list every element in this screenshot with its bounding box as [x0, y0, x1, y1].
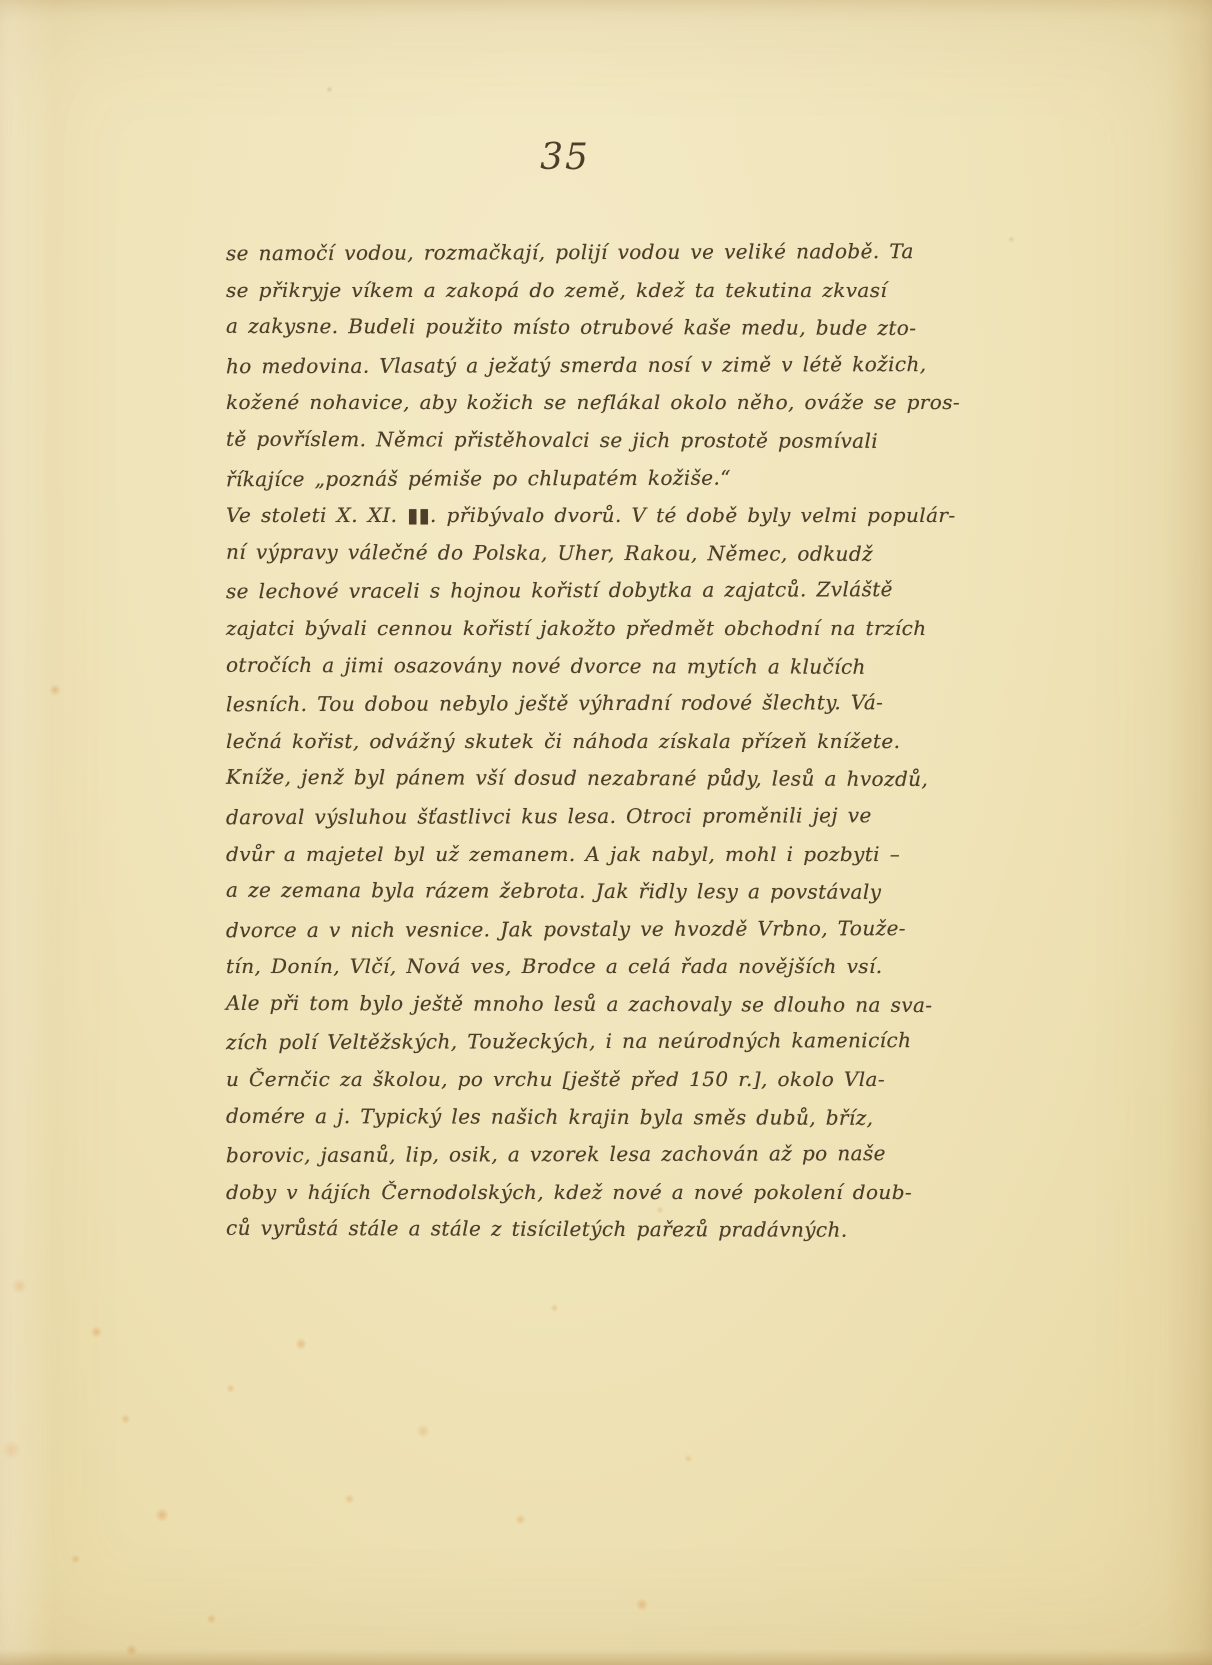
manuscript-line: se přikryje víkem a zakopá do země, kdež…: [226, 272, 996, 310]
page-number: 35: [500, 138, 630, 178]
manuscript-line: tín, Donín, Vlčí, Nová ves, Brodce a cel…: [226, 948, 996, 986]
manuscript-line: dvorce a v nich vesnice. Jak povstaly ve…: [226, 909, 996, 949]
manuscript-line: ců vyrůstá stále a stále z tisíciletých …: [226, 1210, 996, 1250]
manuscript-line: říkajíce „poznáš pémiše po chlupatém kož…: [226, 458, 996, 498]
manuscript-line: zích polí Veltěžských, Toužeckých, i na …: [226, 1022, 996, 1062]
manuscript-line: a ze zemana byla rázem žebrota. Jak řidl…: [226, 872, 996, 912]
manuscript-line: zajatci bývali cennou kořistí jakožto př…: [226, 610, 996, 648]
manuscript-line: se namočí vodou, rozmačkají, polijí vodo…: [226, 233, 996, 273]
manuscript-line: lečná kořist, odvážný skutek či náhoda z…: [226, 723, 996, 761]
manuscript-line: domére a j. Typický les našich krajin by…: [226, 1097, 996, 1137]
manuscript-line: otročích a jimi osazovány nové dvorce na…: [226, 646, 996, 686]
manuscript-line: dvůr a majetel byl už zemanem. A jak nab…: [226, 836, 996, 874]
manuscript-line: se lechové vraceli s hojnou kořistí doby…: [226, 571, 996, 611]
manuscript-line: Kníže, jenž byl pánem vší dosud nezabran…: [226, 759, 996, 799]
manuscript-line: borovic, jasanů, lip, osik, a vzorek les…: [226, 1135, 996, 1175]
manuscript-line: doby v hájích Černodolských, kdež nové a…: [226, 1174, 996, 1212]
manuscript-line: daroval výsluhou šťastlivci kus lesa. Ot…: [226, 797, 996, 837]
manuscript-line: Ale při tom bylo ještě mnoho lesů a zach…: [226, 985, 996, 1025]
manuscript-line: ní výpravy válečné do Polska, Uher, Rako…: [226, 534, 996, 574]
manuscript-line: lesních. Tou dobou nebylo ještě výhradní…: [226, 684, 996, 724]
manuscript-text-block: se namočí vodou, rozmačkají, polijí vodo…: [226, 234, 996, 1249]
manuscript-line: Ve stoleti X. XI. ▮▮. přibývalo dvorů. V…: [226, 497, 996, 535]
manuscript-line: u Černčic za školou, po vrchu [ještě pře…: [226, 1061, 996, 1099]
manuscript-line: tě povříslem. Němci přistěhovalci se jic…: [226, 421, 996, 461]
manuscript-page: 35 se namočí vodou, rozmačkají, polijí v…: [0, 0, 1212, 1665]
manuscript-line: ho medovina. Vlasatý a ježatý smerda nos…: [226, 346, 996, 386]
manuscript-line: kožené nohavice, aby kožich se neflákal …: [226, 384, 996, 422]
manuscript-line: a zakysne. Budeli použito místo otrubové…: [226, 308, 996, 348]
